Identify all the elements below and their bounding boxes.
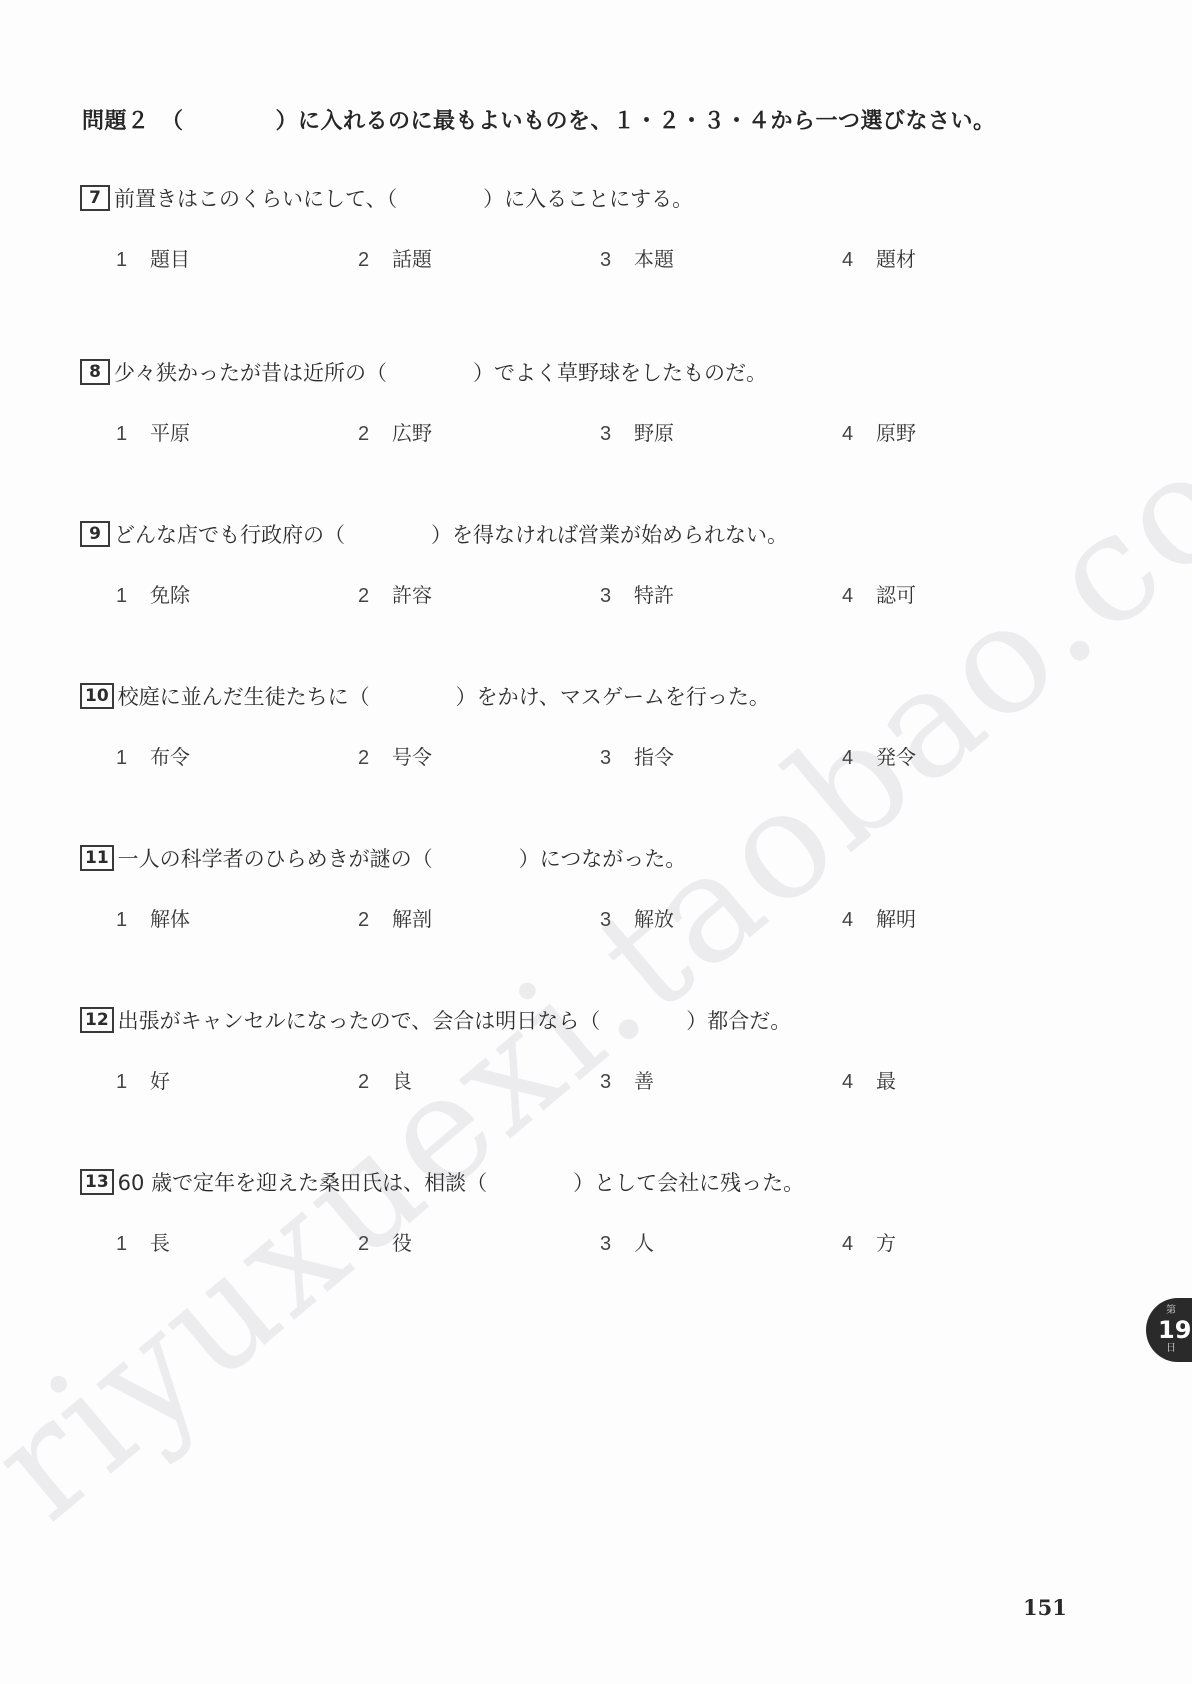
- option-text: 解放: [634, 907, 674, 931]
- option-1[interactable]: 1免除: [116, 579, 190, 608]
- option-text: 長: [150, 1231, 170, 1255]
- question-number-box: 8: [80, 359, 110, 385]
- options-row: 1題目 2話題 3本題 4題材: [80, 243, 1080, 273]
- option-number: 2: [358, 747, 392, 770]
- option-2[interactable]: 2許容: [358, 579, 432, 608]
- question-stem: 11 一人の科学者のひらめきが謎の（）につながった。: [80, 843, 1080, 873]
- option-number: 1: [116, 585, 150, 608]
- question-8: 8 少々狭かったが昔は近所の（）でよく草野球をしたものだ。 1平原 2広野 3野…: [80, 357, 1080, 447]
- option-text: 平原: [150, 421, 190, 445]
- option-number: 4: [842, 249, 876, 272]
- question-10: 10 校庭に並んだ生徒たちに（）をかけ、マスゲームを行った。 1布令 2号令 3…: [80, 681, 1080, 771]
- option-4[interactable]: 4最: [842, 1065, 896, 1094]
- option-number: 4: [842, 1071, 876, 1094]
- option-text: 布令: [150, 745, 190, 769]
- option-text: 題目: [150, 247, 190, 271]
- question-number-box: 12: [80, 1007, 114, 1033]
- question-stem: 9 どんな店でも行政府の（）を得なければ営業が始められない。: [80, 519, 1080, 549]
- question-13: 13 60 歳で定年を迎えた桑田氏は、相談（）として会社に残った。 1長 2役 …: [80, 1167, 1080, 1257]
- question-12: 12 出張がキャンセルになったので、会合は明日なら（）都合だ。 1好 2良 3善…: [80, 1005, 1080, 1095]
- page-number: 151: [1023, 1595, 1067, 1620]
- option-text: 好: [150, 1069, 170, 1093]
- option-text: 認可: [876, 583, 916, 607]
- option-number: 2: [358, 1233, 392, 1256]
- option-3[interactable]: 3人: [600, 1227, 654, 1256]
- stem-after: ）を得なければ営業が始められない。: [431, 519, 788, 549]
- option-1[interactable]: 1長: [116, 1227, 170, 1256]
- question-7: 7 前置きはこのくらいにして、（）に入ることにする。 1題目 2話題 3本題 4…: [80, 183, 1080, 273]
- instruction-prefix: 問題２ （: [82, 109, 184, 134]
- option-number: 1: [116, 1071, 150, 1094]
- option-number: 3: [600, 585, 634, 608]
- option-text: 解剖: [392, 907, 432, 931]
- stem-after: ）に入ることにする。: [483, 183, 693, 213]
- option-2[interactable]: 2広野: [358, 417, 432, 446]
- option-number: 2: [358, 585, 392, 608]
- option-number: 1: [116, 747, 150, 770]
- option-4[interactable]: 4題材: [842, 243, 916, 272]
- option-text: 発令: [876, 745, 916, 769]
- option-text: 解体: [150, 907, 190, 931]
- option-number: 3: [600, 423, 634, 446]
- question-number-box: 11: [80, 845, 114, 871]
- question-stem: 12 出張がキャンセルになったので、会合は明日なら（）都合だ。: [80, 1005, 1080, 1035]
- option-number: 4: [842, 585, 876, 608]
- document-page: riyuxuexi.taobao.com 問題２ （）に入れるのに最もよいものを…: [0, 0, 1192, 1684]
- option-text: 特許: [634, 583, 674, 607]
- stem-after: ）をかけ、マスゲームを行った。: [456, 681, 770, 711]
- option-3[interactable]: 3本題: [600, 243, 674, 272]
- options-row: 1布令 2号令 3指令 4発令: [80, 741, 1080, 771]
- option-text: 免除: [150, 583, 190, 607]
- question-number-box: 9: [80, 521, 110, 547]
- option-text: 解明: [876, 907, 916, 931]
- option-text: 題材: [876, 247, 916, 271]
- option-number: 2: [358, 909, 392, 932]
- option-3[interactable]: 3善: [600, 1065, 654, 1094]
- option-text: 本題: [634, 247, 674, 271]
- option-text: 原野: [876, 421, 916, 445]
- question-stem: 8 少々狭かったが昔は近所の（）でよく草野球をしたものだ。: [80, 357, 1080, 387]
- option-2[interactable]: 2良: [358, 1065, 412, 1094]
- option-4[interactable]: 4認可: [842, 579, 916, 608]
- question-number-box: 13: [80, 1169, 114, 1195]
- option-3[interactable]: 3解放: [600, 903, 674, 932]
- options-row: 1長 2役 3人 4方: [80, 1227, 1080, 1257]
- day-badge: 第 19 日: [1146, 1298, 1192, 1362]
- option-text: 広野: [392, 421, 432, 445]
- option-text: 許容: [392, 583, 432, 607]
- option-3[interactable]: 3特許: [600, 579, 674, 608]
- option-4[interactable]: 4方: [842, 1227, 896, 1256]
- question-stem: 13 60 歳で定年を迎えた桑田氏は、相談（）として会社に残った。: [80, 1167, 1080, 1197]
- stem-after: ）として会社に残った。: [573, 1167, 804, 1197]
- options-row: 1平原 2広野 3野原 4原野: [80, 417, 1080, 447]
- option-2[interactable]: 2解剖: [358, 903, 432, 932]
- option-1[interactable]: 1題目: [116, 243, 190, 272]
- option-text: 指令: [634, 745, 674, 769]
- option-text: 最: [876, 1069, 896, 1093]
- day-badge-suffix: 日: [1158, 1343, 1176, 1355]
- option-text: 人: [634, 1231, 654, 1255]
- option-number: 3: [600, 909, 634, 932]
- option-2[interactable]: 2話題: [358, 243, 432, 272]
- option-text: 話題: [392, 247, 432, 271]
- options-row: 1好 2良 3善 4最: [80, 1065, 1080, 1095]
- stem-before: 少々狭かったが昔は近所の（: [114, 357, 387, 387]
- option-number: 3: [600, 1071, 634, 1094]
- options-row: 1免除 2許容 3特許 4認可: [80, 579, 1080, 609]
- option-3[interactable]: 3指令: [600, 741, 674, 770]
- option-1[interactable]: 1好: [116, 1065, 170, 1094]
- stem-after: ）につながった。: [519, 843, 687, 873]
- watermark: riyuxuexi.taobao.com: [0, 322, 1192, 1554]
- option-text: 役: [392, 1231, 412, 1255]
- option-4[interactable]: 4解明: [842, 903, 916, 932]
- instruction-heading: 問題２ （）に入れるのに最もよいものを、１・２・３・４から一つ選びなさい。: [82, 104, 996, 135]
- option-number: 2: [358, 249, 392, 272]
- option-text: 良: [392, 1069, 412, 1093]
- stem-before: 一人の科学者のひらめきが謎の（: [118, 843, 433, 873]
- stem-after: ）でよく草野球をしたものだ。: [473, 357, 767, 387]
- question-stem: 10 校庭に並んだ生徒たちに（）をかけ、マスゲームを行った。: [80, 681, 1080, 711]
- option-text: 方: [876, 1231, 896, 1255]
- question-9: 9 どんな店でも行政府の（）を得なければ営業が始められない。 1免除 2許容 3…: [80, 519, 1080, 609]
- option-text: 野原: [634, 421, 674, 445]
- option-number: 4: [842, 423, 876, 446]
- instruction-suffix: ）に入れるのに最もよいものを、１・２・３・４から一つ選びなさい。: [276, 109, 996, 134]
- stem-before: 出張がキャンセルになったので、会合は明日なら（: [118, 1005, 601, 1035]
- stem-before: 前置きはこのくらいにして、（: [114, 183, 397, 213]
- option-text: 号令: [392, 745, 432, 769]
- option-1[interactable]: 1布令: [116, 741, 190, 770]
- options-row: 1解体 2解剖 3解放 4解明: [80, 903, 1080, 933]
- option-number: 4: [842, 1233, 876, 1256]
- question-number-box: 7: [80, 185, 110, 211]
- question-11: 11 一人の科学者のひらめきが謎の（）につながった。 1解体 2解剖 3解放 4…: [80, 843, 1080, 933]
- day-badge-number: 19: [1158, 1317, 1191, 1343]
- option-2[interactable]: 2役: [358, 1227, 412, 1256]
- option-number: 1: [116, 1233, 150, 1256]
- option-number: 1: [116, 249, 150, 272]
- option-3[interactable]: 3野原: [600, 417, 674, 446]
- option-4[interactable]: 4原野: [842, 417, 916, 446]
- stem-before: 校庭に並んだ生徒たちに（: [118, 681, 370, 711]
- option-number: 3: [600, 1233, 634, 1256]
- option-text: 善: [634, 1069, 654, 1093]
- option-number: 1: [116, 909, 150, 932]
- option-number: 4: [842, 909, 876, 932]
- option-2[interactable]: 2号令: [358, 741, 432, 770]
- question-number-box: 10: [80, 683, 114, 709]
- option-number: 3: [600, 747, 634, 770]
- stem-before: 60 歳で定年を迎えた桑田氏は、相談（: [118, 1167, 487, 1197]
- option-1[interactable]: 1平原: [116, 417, 190, 446]
- option-1[interactable]: 1解体: [116, 903, 190, 932]
- option-number: 1: [116, 423, 150, 446]
- stem-after: ）都合だ。: [686, 1005, 791, 1035]
- stem-before: どんな店でも行政府の（: [114, 519, 345, 549]
- option-4[interactable]: 4発令: [842, 741, 916, 770]
- option-number: 2: [358, 423, 392, 446]
- option-number: 4: [842, 747, 876, 770]
- option-number: 2: [358, 1071, 392, 1094]
- option-number: 3: [600, 249, 634, 272]
- question-stem: 7 前置きはこのくらいにして、（）に入ることにする。: [80, 183, 1080, 213]
